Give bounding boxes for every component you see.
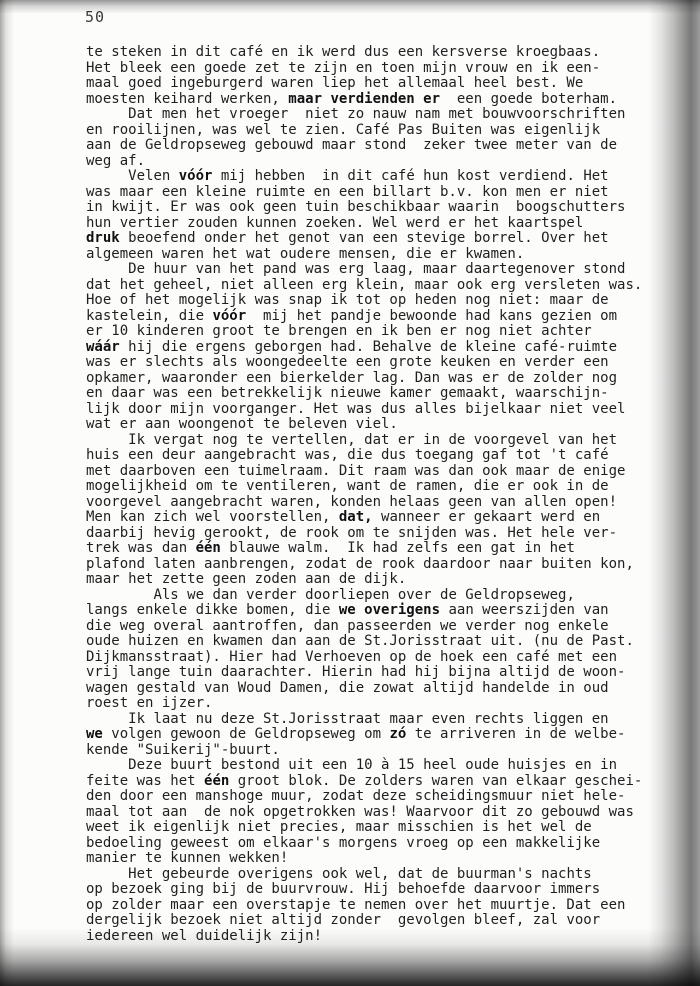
scanned-page: 50 te steken in dit café en ik werd dus … [0, 0, 700, 986]
paragraph: Deze buurt bestond uit een 10 à 15 heel … [86, 758, 656, 867]
paragraph: De huur van het pand was erg laag, maar … [86, 262, 656, 433]
paragraph: Als we dan verder doorliepen over de Gel… [86, 588, 656, 712]
page-number: 50 [85, 8, 105, 26]
paragraph: Velen vóór mij hebben in dit café hun ko… [86, 169, 656, 262]
paragraph: Dat men het vroeger niet zo nauw nam met… [86, 107, 656, 169]
paragraph: Het gebeurde overigens ook wel, dat de b… [86, 867, 656, 945]
paragraph: Ik laat nu deze St.Jorisstraat maar even… [86, 712, 656, 759]
paragraph: te steken in dit café en ik werd dus een… [86, 45, 656, 107]
paragraph: Ik vergat nog te vertellen, dat er in de… [86, 433, 656, 588]
page-text: te steken in dit café en ik werd dus een… [86, 45, 656, 944]
